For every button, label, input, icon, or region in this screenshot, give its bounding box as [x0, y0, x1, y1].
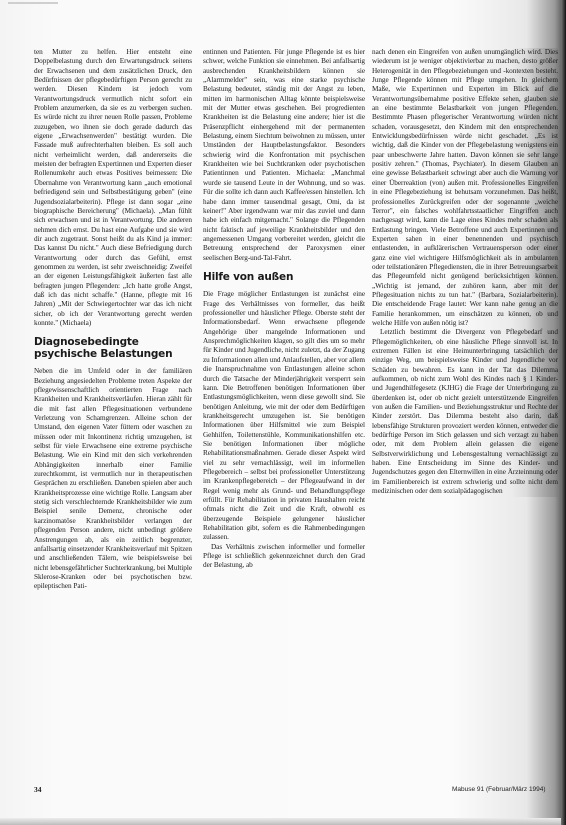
page-number: 34: [34, 785, 42, 794]
paragraph: Letztlich bestimmt die Divergenz von Pfl…: [372, 328, 558, 496]
page-binding-shadow: [561, 0, 566, 825]
text-column-1: ten Mutter zu helfen. Hier entsteht eine…: [34, 48, 192, 592]
scanned-page: ten Mutter zu helfen. Hier entsteht eine…: [0, 0, 566, 825]
paragraph: entinnen und Patienten. Für junge Pflege…: [203, 48, 365, 263]
paragraph: Die Frage möglicher Entlastungen ist zun…: [203, 290, 365, 542]
text-column-3: nach denen ein Eingreifen von außen unum…: [372, 48, 558, 497]
scan-artifact-line: [8, 2, 58, 4]
paragraph: nach denen ein Eingreifen von außen unum…: [372, 48, 558, 328]
section-heading: Hilfe von außen: [203, 272, 365, 284]
running-footer: Mabuse 91 (Februar/März 1994): [452, 786, 546, 793]
paragraph: Das Verhältnis zwischen informeller und …: [203, 543, 365, 571]
paragraph: Neben die im Umfeld oder in der familiär…: [34, 367, 192, 591]
page-bottom-edge: [0, 818, 566, 825]
paragraph: ten Mutter zu helfen. Hier entsteht eine…: [34, 48, 192, 328]
text-column-2: entinnen und Patienten. Für junge Pflege…: [203, 48, 365, 571]
section-heading: Diagnosebedingte psychische Belastungen: [34, 337, 192, 360]
